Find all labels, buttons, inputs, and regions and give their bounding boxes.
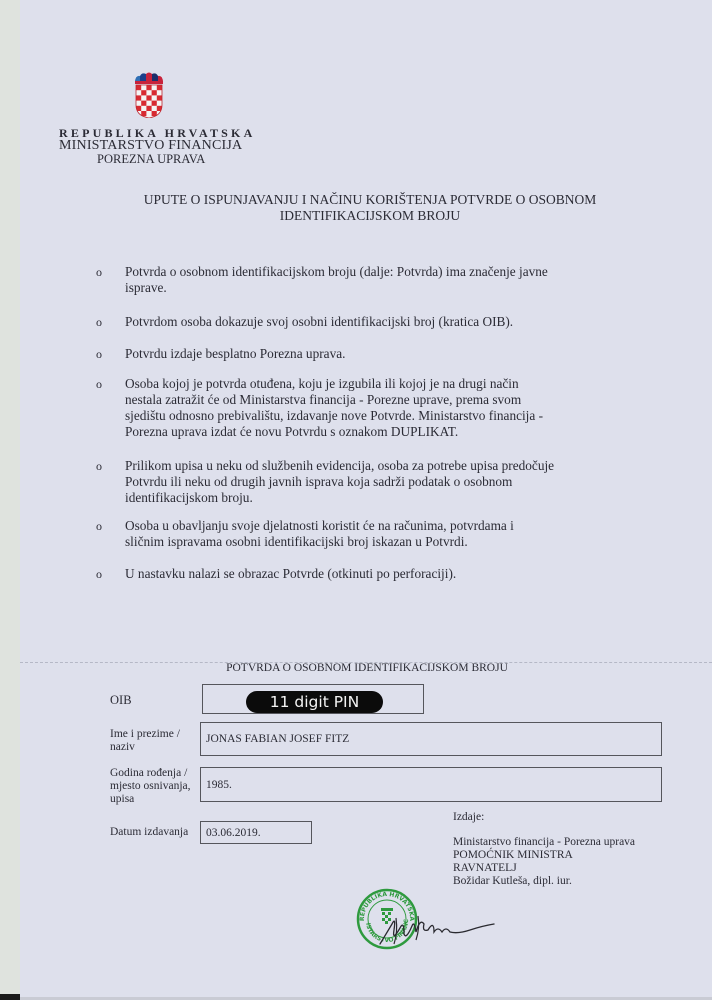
name-field: JONAS FABIAN JOSEF FITZ — [200, 722, 662, 756]
bullet-icon: o — [96, 264, 102, 280]
signature — [378, 910, 496, 948]
bullet-icon: o — [96, 314, 102, 330]
bullet-icon: o — [96, 566, 102, 582]
header-tax-administration: POREZNA UPRAVA — [97, 152, 205, 167]
bullet-icon: o — [96, 458, 102, 474]
scanner-margin — [0, 0, 20, 1000]
name-value: JONAS FABIAN JOSEF FITZ — [206, 733, 349, 745]
scanner-margin-edge — [0, 994, 20, 1000]
oib-label: OIB — [110, 694, 132, 707]
birth-label: Godina rođenja / mjesto osnivanja, upisa — [110, 767, 191, 806]
birth-field: 1985. — [200, 767, 662, 802]
document-title-line2: IDENTIFIKACIJSKOM BROJU — [100, 208, 640, 224]
document-title: UPUTE O ISPUNJAVANJU I NAČINU KORIŠTENJA… — [100, 192, 640, 224]
name-label: Ime i prezime / naziv — [110, 728, 180, 754]
form-title: POTVRDA O OSOBNOM IDENTIFIKACIJSKOM BROJ… — [0, 662, 712, 674]
bullet-icon: o — [96, 346, 102, 362]
bullet-icon: o — [96, 376, 102, 392]
list-item: o Potvrdom osoba dokazuje svoj osobni id… — [96, 314, 513, 330]
redacted-oib-value: 11 digit PIN — [246, 691, 383, 713]
list-item: o Potvrdu izdaje besplatno Porezna uprav… — [96, 346, 345, 362]
issuer-heading: Izdaje: — [453, 811, 484, 824]
croatian-coat-of-arms-icon — [134, 72, 164, 118]
bullet-icon: o — [96, 518, 102, 534]
birth-value: 1985. — [206, 779, 232, 791]
list-item: o Prilikom upisa u neku od službenih evi… — [96, 458, 556, 506]
issuer-block: Ministarstvo financija - Porezna uprava … — [453, 836, 635, 888]
issue-date-value: 03.06.2019. — [206, 827, 261, 839]
oib-field: 11 digit PIN — [202, 684, 424, 714]
list-item: o U nastavku nalazi se obrazac Potvrde (… — [96, 566, 456, 582]
issue-date-label: Datum izdavanja — [110, 826, 188, 839]
issue-date-field: 03.06.2019. — [200, 821, 312, 844]
list-item: o Osoba u obavljanju svoje djelatnosti k… — [96, 518, 556, 550]
list-item: o Osoba kojoj je potvrda otuđena, koju j… — [96, 376, 556, 440]
document-title-line1: UPUTE O ISPUNJAVANJU I NAČINU KORIŠTENJA… — [100, 192, 640, 208]
list-item: o Potvrda o osobnom identifikacijskom br… — [96, 264, 556, 296]
